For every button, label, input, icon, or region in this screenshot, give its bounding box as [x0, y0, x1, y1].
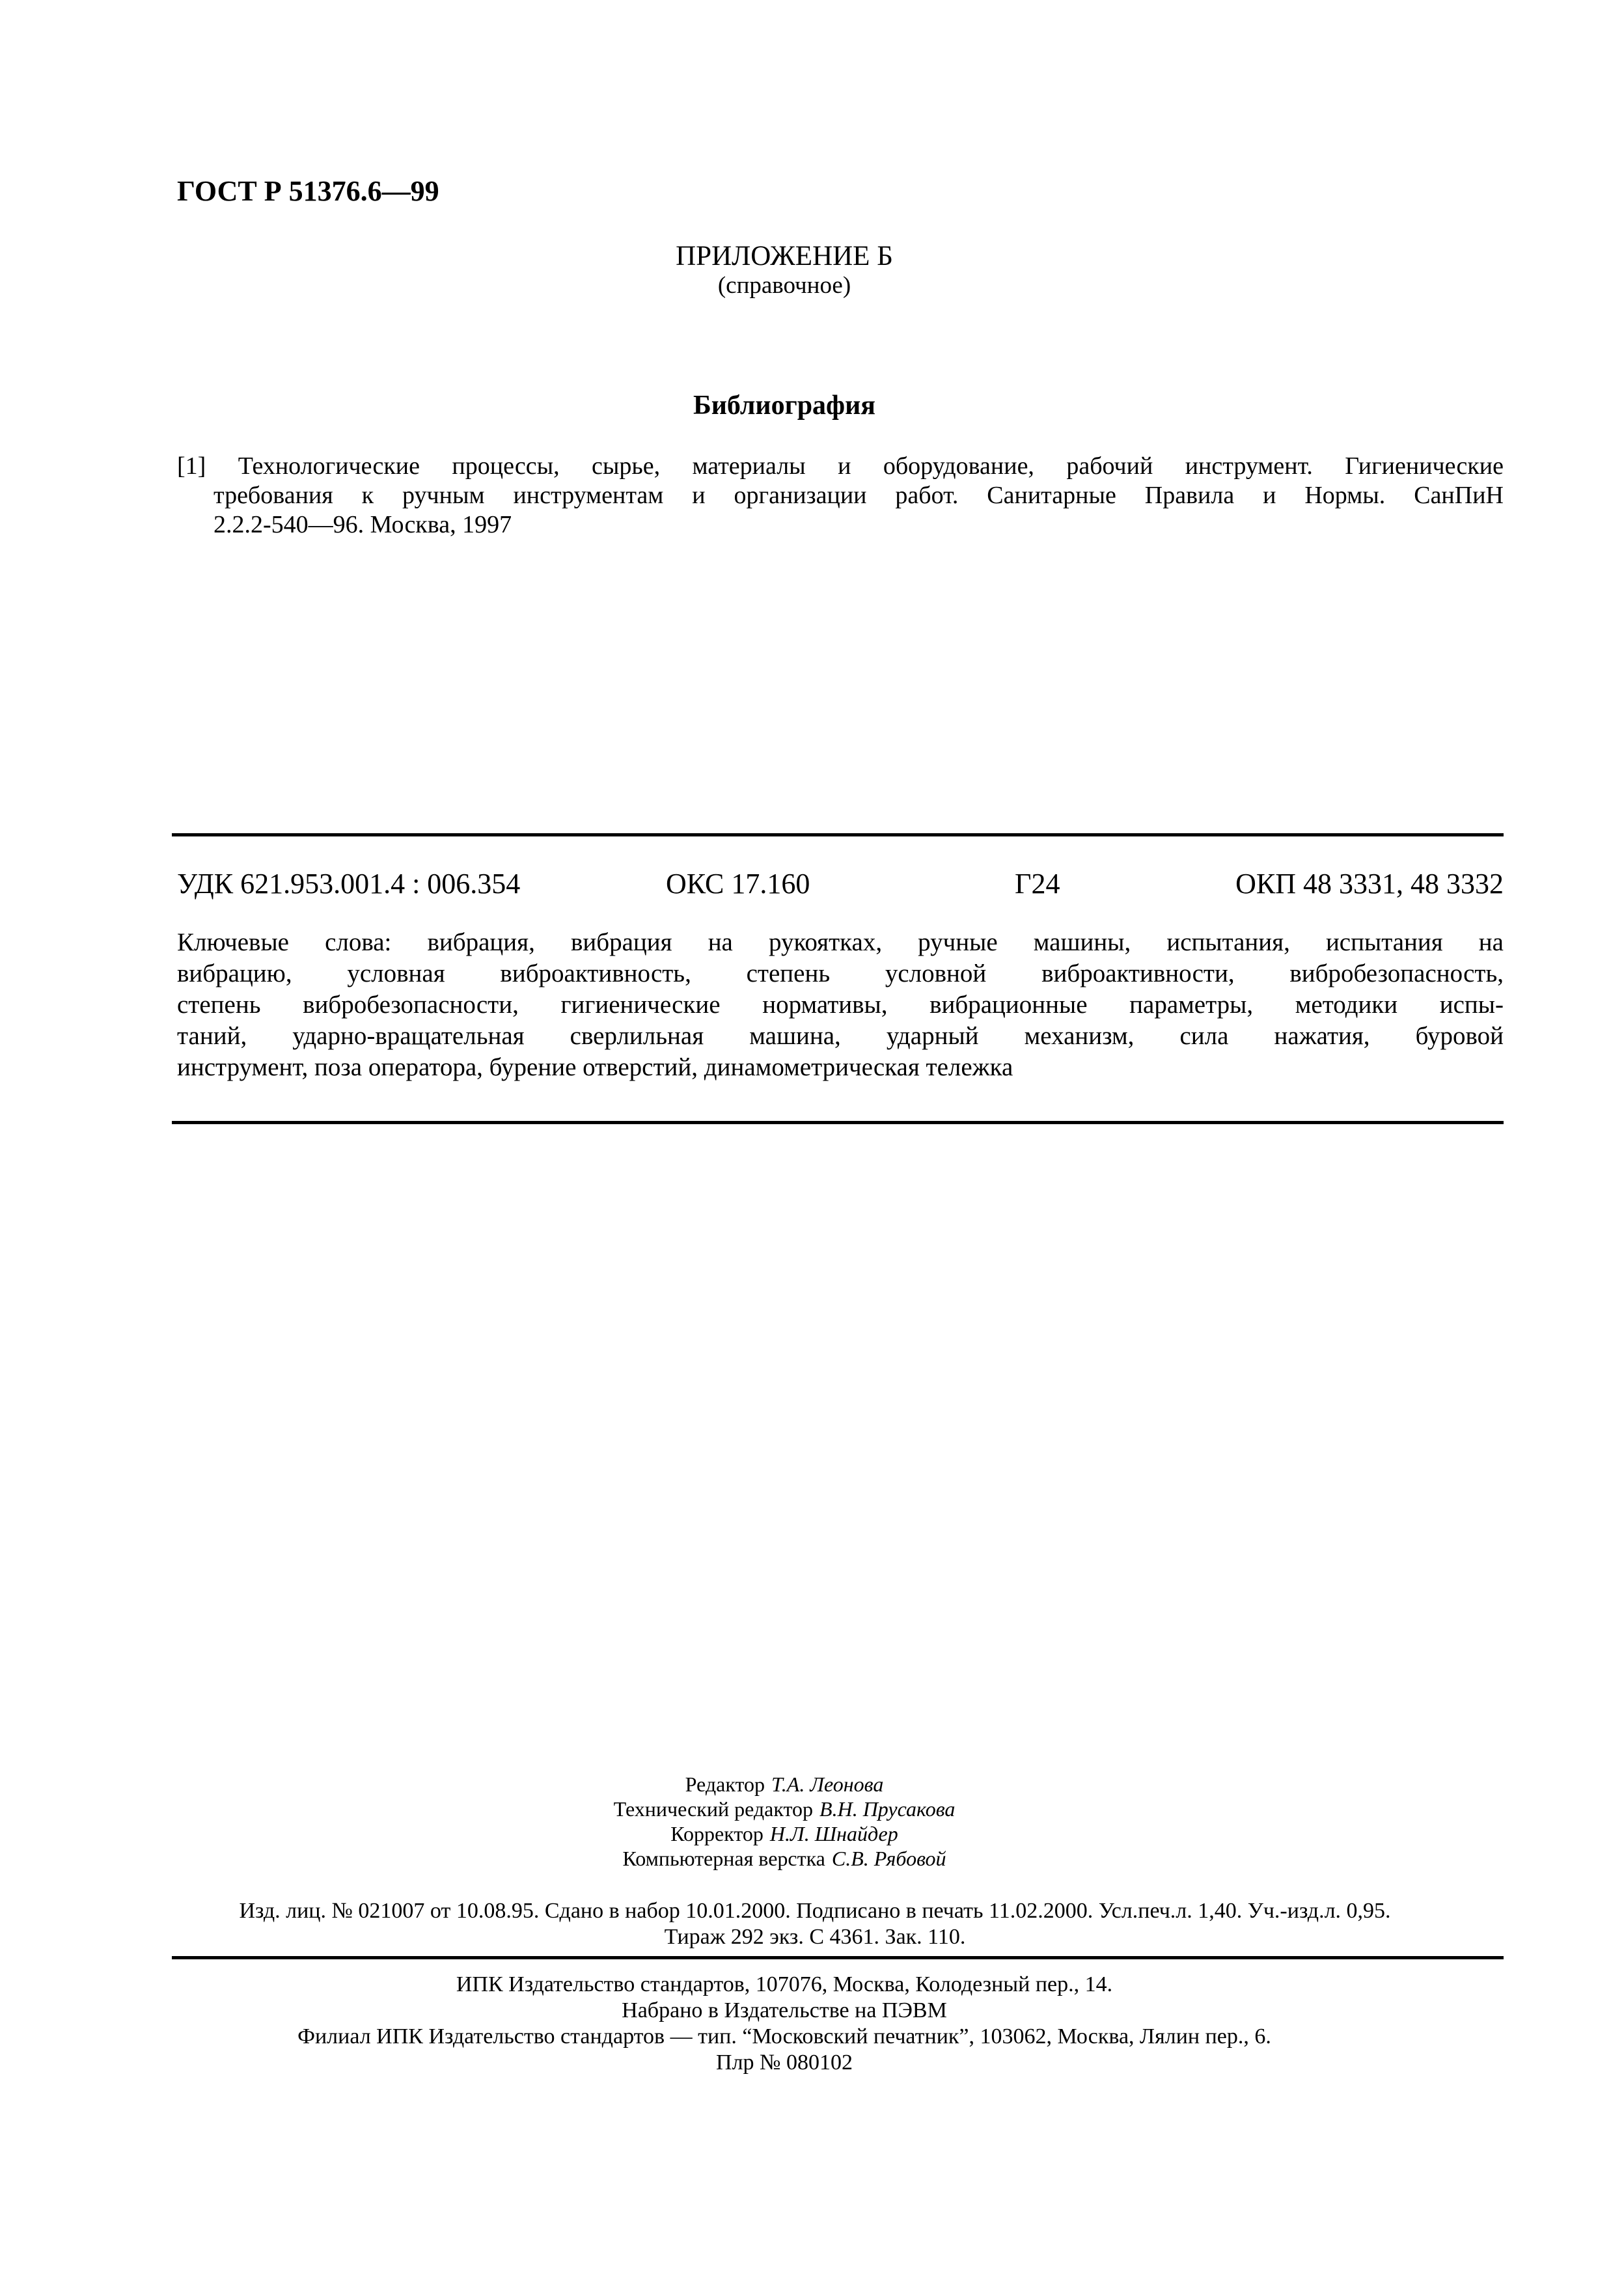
keywords-line: вибрацию, условная виброактивность, степ… [177, 958, 1504, 989]
okp-code: ОКП 48 3331, 48 3332 [1235, 870, 1504, 898]
credit-role: Редактор [685, 1773, 765, 1796]
publisher-branch-address: Филиал ИПК Издательство стандартов — тип… [177, 2024, 1392, 2050]
credit-role: Компьютерная верстка [622, 1847, 825, 1870]
group-code: Г24 [1015, 870, 1060, 898]
doc-code: ГОСТ Р 51376.6—99 [177, 177, 439, 206]
horizontal-rule-bottom [172, 1956, 1504, 1959]
oks-code: ОКС 17.160 [666, 870, 810, 898]
keywords-line: инструмент, поза оператора, бурение отве… [177, 1052, 1504, 1083]
bibliography-title: Библиография [177, 392, 1392, 419]
keywords-line: степень вибробезопасности, гигиенические… [177, 989, 1504, 1021]
bibliography-entry-line: 2.2.2-540—96. Москва, 1997 [177, 510, 1504, 540]
bibliography-entry: [1] Технологические процессы, сырье, мат… [177, 452, 1504, 540]
credit-role: Технический редактор [614, 1797, 813, 1821]
credit-name: В.Н. Прусакова [819, 1797, 955, 1821]
credit-line-technical-editor: Технический редакторВ.Н. Прусакова [177, 1797, 1392, 1821]
publisher-block: ИПК Издательство стандартов, 107076, Мос… [177, 1972, 1392, 2076]
credit-name: Н.Л. Шнайдер [770, 1822, 898, 1845]
publisher-address: ИПК Издательство стандартов, 107076, Мос… [177, 1972, 1392, 1998]
publisher-plr-number: Плр № 080102 [177, 2050, 1392, 2076]
appendix-title: ПРИЛОЖЕНИЕ Б [177, 242, 1392, 270]
credit-line-editor: РедакторТ.А. Леонова [177, 1772, 1392, 1797]
bibliography-entry-line: требования к ручным инструментам и орган… [177, 481, 1504, 510]
imprint-line-licence: Изд. лиц. № 021007 от 10.08.95. Сдано в … [177, 1898, 1453, 1924]
imprint-block: Изд. лиц. № 021007 от 10.08.95. Сдано в … [177, 1898, 1453, 1950]
appendix-subtitle: (справочное) [177, 273, 1392, 297]
bibliography-entry-line: [1] Технологические процессы, сырье, мат… [177, 452, 1504, 481]
credit-role: Корректор [670, 1822, 764, 1845]
keywords-paragraph: Ключевые слова: вибрация, вибрация на ру… [177, 927, 1504, 1083]
horizontal-rule-top [172, 833, 1504, 836]
credits-block: РедакторТ.А. Леонова Технический редакто… [177, 1772, 1392, 1871]
publisher-typeset-note: Набрано в Издательстве на ПЭВМ [177, 1998, 1392, 2024]
keywords-line: Ключевые слова: вибрация, вибрация на ру… [177, 927, 1504, 958]
credit-name: С.В. Рябовой [832, 1847, 946, 1870]
credit-line-layout: Компьютерная версткаС.В. Рябовой [177, 1846, 1392, 1871]
classification-codes-row: УДК 621.953.001.4 : 006.354 ОКС 17.160 Г… [177, 870, 1504, 902]
udk-code: УДК 621.953.001.4 : 006.354 [177, 870, 520, 898]
document-page: ГОСТ Р 51376.6—99 ПРИЛОЖЕНИЕ Б (справочн… [0, 0, 1624, 2290]
imprint-line-print-run: Тираж 292 экз. С 4361. Зак. 110. [177, 1924, 1453, 1950]
credit-name: Т.А. Леонова [771, 1773, 883, 1796]
credit-line-proofreader: КорректорН.Л. Шнайдер [177, 1821, 1392, 1846]
keywords-line: таний, ударно-вращательная сверлильная м… [177, 1021, 1504, 1052]
horizontal-rule-middle [172, 1121, 1504, 1124]
